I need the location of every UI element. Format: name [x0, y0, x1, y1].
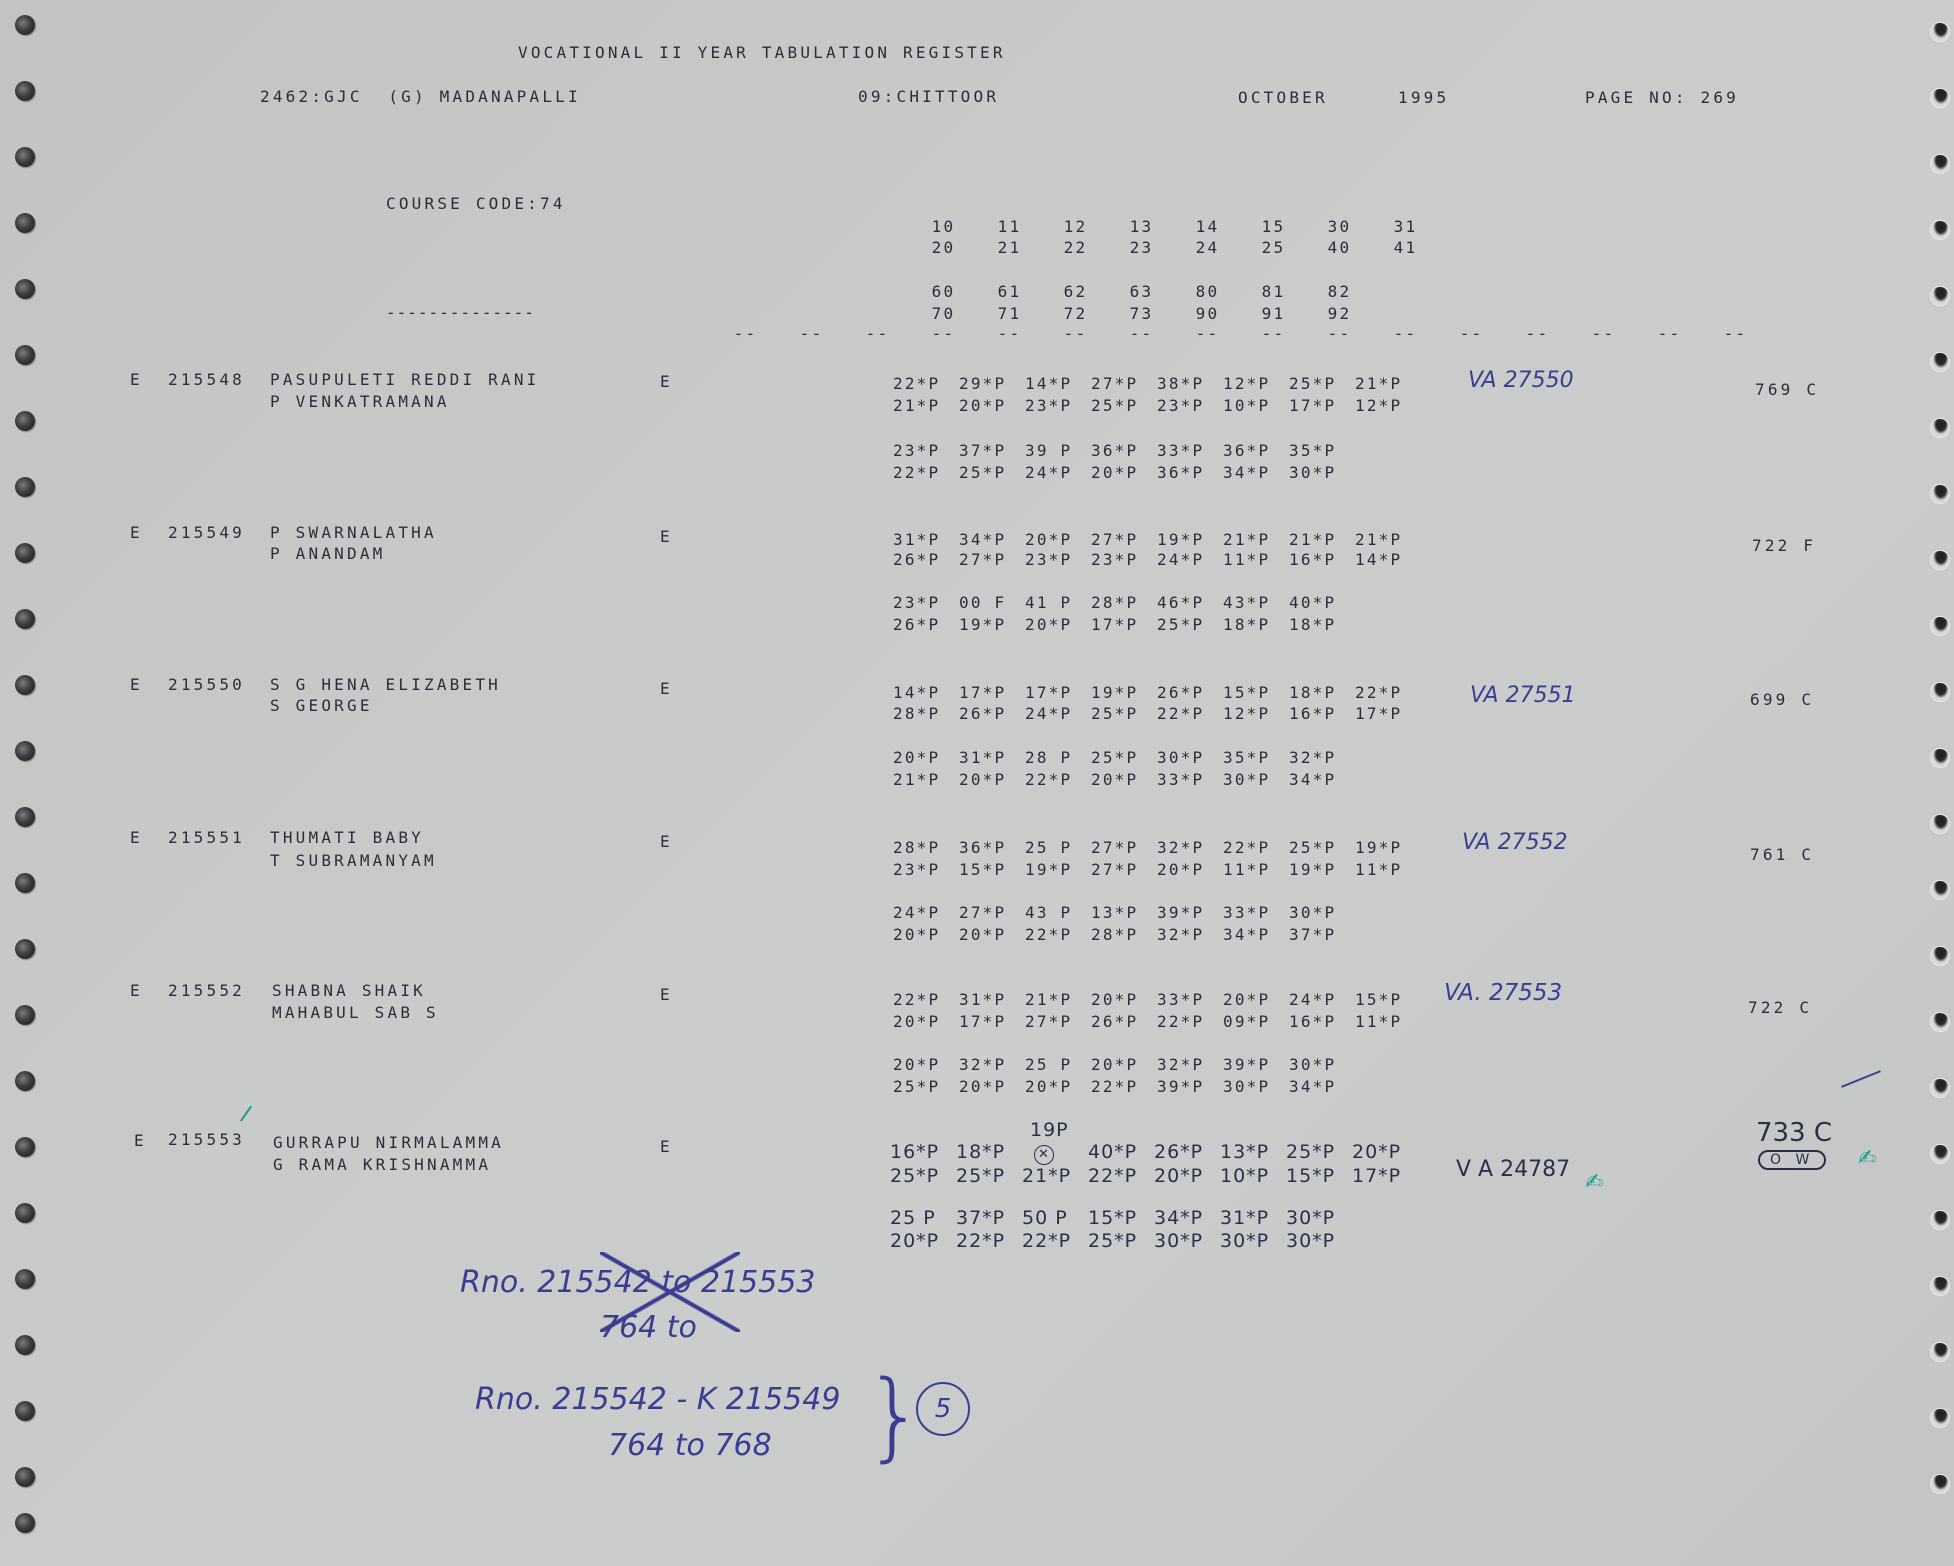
mark: 25*P — [890, 1165, 956, 1187]
medium: E — [660, 372, 673, 391]
mark: 20*P — [893, 748, 959, 767]
hole-icon — [1930, 154, 1950, 174]
record-flag: E — [134, 1131, 147, 1150]
mark: 26*P — [1157, 683, 1223, 702]
mark: 21*P — [1223, 530, 1289, 549]
mark: 19*P — [1355, 838, 1421, 857]
hole-icon — [15, 1335, 35, 1355]
mark: 16*P — [890, 1141, 956, 1163]
mark: 25*P — [1091, 748, 1157, 767]
mark: 25*P — [1289, 374, 1355, 393]
mark: 17*P — [1289, 396, 1355, 415]
hole-icon — [15, 345, 35, 365]
total-result: 722 C — [1748, 998, 1812, 1017]
mark: 28*P — [893, 838, 959, 857]
mark: 20*P — [1154, 1165, 1220, 1187]
hole-icon — [15, 741, 35, 761]
mark: 20*P — [959, 1077, 1025, 1096]
mark: 32*P — [959, 1055, 1025, 1074]
mark: 19*P — [1091, 683, 1157, 702]
handwritten-va-number: VA 27550 — [1468, 368, 1574, 393]
mark: 20*P — [893, 925, 959, 944]
hole-icon — [1930, 616, 1950, 636]
dash: -- — [1328, 324, 1394, 343]
mark: 19*P — [959, 615, 1025, 634]
mark: 31*P — [1220, 1207, 1286, 1229]
mark: 28*P — [893, 704, 959, 723]
mark: 37*P — [956, 1207, 1022, 1229]
mark: 28*P — [1091, 925, 1157, 944]
mark: 14*P — [1355, 550, 1421, 569]
mark: 25*P — [1289, 838, 1355, 857]
mark: 27*P — [1025, 1012, 1091, 1031]
mark: 22*P — [1157, 1012, 1223, 1031]
district-name: 09:CHITTOOR — [858, 87, 999, 106]
dash: -- — [1592, 324, 1658, 343]
circled-x-icon: ✕ — [1034, 1145, 1054, 1165]
mark: 33*P — [1157, 441, 1223, 460]
mark: 22*P — [1088, 1165, 1154, 1187]
mark: 21*P — [893, 770, 959, 789]
marks-row-1: 28*P36*P25 P27*P32*P22*P25*P19*P — [893, 838, 1421, 857]
total-result: 722 F — [1752, 536, 1816, 555]
mark: 25*P — [1286, 1141, 1352, 1163]
mark: 22*P — [1022, 1230, 1088, 1252]
mark: 25*P — [893, 1077, 959, 1096]
mark: 18*P — [956, 1141, 1022, 1163]
dash: -- — [998, 324, 1064, 343]
mark: 22*P — [1355, 683, 1421, 702]
hole-icon — [15, 1269, 35, 1289]
roll-number: 215551 — [168, 828, 245, 847]
mark: 17*P — [1352, 1165, 1418, 1187]
marks-row-4: 26*P19*P20*P17*P25*P18*P18*P — [893, 615, 1355, 634]
handwritten-marks-row-3: 25 P37*P50 P15*P34*P31*P30*P — [890, 1207, 1352, 1229]
hole-icon — [15, 1467, 35, 1487]
mark: 36*P — [1157, 463, 1223, 482]
handwritten-marks-row-2: 25*P25*P21*P22*P20*P10*P15*P17*P — [890, 1165, 1418, 1187]
hole-icon — [1930, 88, 1950, 108]
mark: 33*P — [1223, 903, 1289, 922]
hole-icon — [1930, 1078, 1950, 1098]
mark: 17*P — [1355, 704, 1421, 723]
roll-number: 215548 — [168, 370, 245, 389]
mark: 16*P — [1289, 1012, 1355, 1031]
hole-icon — [1930, 1144, 1950, 1164]
mark: 22*P — [956, 1230, 1022, 1252]
student-name: PASUPULETI REDDI RANI — [270, 370, 540, 389]
mark: 15*P — [1286, 1165, 1352, 1187]
parent-name: MAHABUL SAB S — [272, 1003, 439, 1022]
marks-row-3: 24*P27*P43 P13*P39*P33*P30*P — [893, 903, 1355, 922]
medium: E — [660, 527, 673, 546]
mark: 31*P — [959, 990, 1025, 1009]
dash: -- — [1130, 324, 1196, 343]
mark: 16*P — [1289, 704, 1355, 723]
hole-icon — [1930, 550, 1950, 570]
mark: 30*P — [1223, 770, 1289, 789]
hole-icon — [15, 15, 35, 35]
hole-icon — [15, 147, 35, 167]
hole-icon — [1930, 1276, 1950, 1296]
col-code: 25 — [1262, 238, 1328, 257]
col-code: 22 — [1064, 238, 1130, 257]
marks-row-2: 21*P20*P23*P25*P23*P10*P17*P12*P — [893, 396, 1421, 415]
dash: -- — [866, 324, 932, 343]
student-name: GURRAPU NIRMALAMMA — [273, 1133, 504, 1152]
col-code: 21 — [998, 238, 1064, 257]
mark: 20*P — [1352, 1141, 1418, 1163]
college-name: 2462:GJC (G) MADANAPALLI — [260, 87, 581, 106]
curly-brace-icon: } — [864, 1360, 925, 1472]
mark: 28*P — [1091, 593, 1157, 612]
total-result: 761 C — [1750, 845, 1814, 864]
mark: 39*P — [1157, 903, 1223, 922]
mark: 17*P — [1091, 615, 1157, 634]
hole-icon — [15, 1005, 35, 1025]
hole-icon — [1930, 748, 1950, 768]
mark: 23*P — [1157, 396, 1223, 415]
mark: 30*P — [1286, 1230, 1352, 1252]
record-flag: E — [130, 981, 143, 1000]
hole-icon — [15, 213, 35, 233]
name-column-separator: -------------- — [386, 303, 535, 322]
mark: 17*P — [1025, 683, 1091, 702]
mark: 30*P — [1286, 1207, 1352, 1229]
medium: E — [660, 679, 673, 698]
mark: 20*P — [893, 1055, 959, 1074]
course-code: COURSE CODE:74 — [386, 194, 566, 213]
mark: 20*P — [1091, 1055, 1157, 1074]
mark: 27*P — [1091, 838, 1157, 857]
mark: 24*P — [1157, 550, 1223, 569]
mark: 15*P — [1355, 990, 1421, 1009]
mark: 26*P — [893, 615, 959, 634]
mark: 22*P — [1157, 704, 1223, 723]
dash: -- — [1064, 324, 1130, 343]
total-result: 699 C — [1750, 690, 1814, 709]
mark: 30*P — [1289, 903, 1355, 922]
mark: 26*P — [1154, 1141, 1220, 1163]
record-flag: E — [130, 828, 143, 847]
mark: 12*P — [1223, 374, 1289, 393]
mark: 22*P — [1223, 838, 1289, 857]
mark: 11*P — [1355, 1012, 1421, 1031]
mark: 19*P — [1025, 860, 1091, 879]
mark: 43*P — [1223, 593, 1289, 612]
marks-row-2: 20*P17*P27*P26*P22*P09*P16*P11*P — [893, 1012, 1421, 1031]
dash: -- — [1460, 324, 1526, 343]
mark: 21*P — [893, 396, 959, 415]
dash: -- — [1526, 324, 1592, 343]
dash: -- — [1658, 324, 1724, 343]
parent-name: S GEORGE — [270, 696, 373, 715]
mark: 26*P — [893, 550, 959, 569]
hole-icon — [15, 411, 35, 431]
marks-row-3: 20*P31*P28 P25*P30*P35*P32*P — [893, 748, 1355, 767]
mark: 16*P — [1289, 550, 1355, 569]
hole-icon — [1930, 220, 1950, 240]
dash: -- — [800, 324, 866, 343]
mark: 12*P — [1355, 396, 1421, 415]
hole-icon — [1930, 418, 1950, 438]
mark: 32*P — [1157, 838, 1223, 857]
dash: -- — [1196, 324, 1262, 343]
mark: 25 P — [1025, 1055, 1091, 1074]
hole-icon — [15, 1401, 35, 1421]
mark: 14*P — [1025, 374, 1091, 393]
marks-row-1: 14*P17*P17*P19*P26*P15*P18*P22*P — [893, 683, 1421, 702]
strikethrough-cross-icon — [600, 1252, 740, 1332]
mark: 31*P — [959, 748, 1025, 767]
col-code: 41 — [1394, 238, 1460, 257]
mark: 25*P — [1091, 704, 1157, 723]
mark: 09*P — [1223, 1012, 1289, 1031]
mark: 23*P — [893, 860, 959, 879]
mark: 20*P — [959, 396, 1025, 415]
mark: 22*P — [1025, 770, 1091, 789]
marks-row-2: 28*P26*P24*P25*P22*P12*P16*P17*P — [893, 704, 1421, 723]
mark: 22*P — [1025, 925, 1091, 944]
mark: 34*P — [1154, 1207, 1220, 1229]
mark: 43 P — [1025, 903, 1091, 922]
remark-badge: O W — [1758, 1150, 1826, 1170]
dash: -- — [932, 324, 998, 343]
mark: 17*P — [959, 683, 1025, 702]
initials-signature-icon: ✍ — [1585, 1170, 1603, 1195]
mark: 25*P — [1088, 1230, 1154, 1252]
mark: 50 P — [1022, 1207, 1088, 1229]
mark: 22*P — [893, 990, 959, 1009]
mark: 39*P — [1223, 1055, 1289, 1074]
total-result: 769 C — [1755, 380, 1819, 399]
hole-icon — [15, 1071, 35, 1091]
handwritten-marks-row-1: 16*P18*P19P✕40*P26*P13*P25*P20*P — [890, 1141, 1418, 1165]
mark: 41 P — [1025, 593, 1091, 612]
marks-row-4: 21*P20*P22*P20*P33*P30*P34*P — [893, 770, 1355, 789]
hole-icon — [15, 807, 35, 827]
mark: 36*P — [959, 838, 1025, 857]
mark: 27*P — [1091, 374, 1157, 393]
mark: 40*P — [1088, 1141, 1154, 1163]
hole-icon — [15, 873, 35, 893]
hole-icon — [1930, 682, 1950, 702]
mark: 31*P — [893, 530, 959, 549]
mark: 35*P — [1289, 441, 1355, 460]
marks-row-3: 23*P37*P39 P36*P33*P36*P35*P — [893, 441, 1355, 460]
marks-row-3: 23*P00 F41 P28*P46*P43*P40*P — [893, 593, 1355, 612]
mark: 19*P — [1157, 530, 1223, 549]
hole-icon — [1930, 1408, 1950, 1428]
mark: 20*P — [1223, 990, 1289, 1009]
mark: 23*P — [893, 441, 959, 460]
ink-stroke — [1841, 1070, 1881, 1088]
mark: 24*P — [893, 903, 959, 922]
hole-icon — [1930, 22, 1950, 42]
mark: 30*P — [1220, 1230, 1286, 1252]
mark: 21*P — [1355, 530, 1421, 549]
mark: 23*P — [1025, 550, 1091, 569]
mark: 21*P — [1025, 990, 1091, 1009]
mark: 37*P — [959, 441, 1025, 460]
mark: 34*P — [1289, 1077, 1355, 1096]
mark: 30*P — [1289, 463, 1355, 482]
column-header-row-2: 2021222324254041 — [908, 219, 1460, 257]
mark: 32*P — [1289, 748, 1355, 767]
col-code: 23 — [1130, 238, 1196, 257]
mark: 15*P — [1223, 683, 1289, 702]
parent-name: T SUBRAMANYAM — [270, 851, 437, 870]
mark: 28 P — [1025, 748, 1091, 767]
hole-icon — [15, 1203, 35, 1223]
green-tick-icon — [240, 1106, 262, 1129]
dash: -- — [734, 324, 800, 343]
mark: 15*P — [1088, 1207, 1154, 1229]
mark: 15*P — [959, 860, 1025, 879]
mark: 23*P — [1091, 550, 1157, 569]
dash: -- — [1262, 324, 1328, 343]
medium: E — [660, 985, 673, 1004]
mark: 20*P — [959, 925, 1025, 944]
mark: 34*P — [959, 530, 1025, 549]
roll-number: 215549 — [168, 523, 245, 542]
hole-icon — [1930, 1210, 1950, 1230]
handwritten-va-number: VA 27552 — [1462, 830, 1568, 855]
marks-row-1: 31*P34*P20*P27*P19*P21*P21*P21*P — [893, 530, 1421, 549]
hole-icon — [15, 81, 35, 101]
roll-number: 215553 — [168, 1130, 245, 1149]
col-code: 24 — [1196, 238, 1262, 257]
mark: 18*P — [1289, 683, 1355, 702]
mark: 22*P — [893, 463, 959, 482]
mark: 25*P — [1091, 396, 1157, 415]
total-result: 733 C — [1756, 1118, 1832, 1148]
mark: 20*P — [1025, 615, 1091, 634]
mark: 26*P — [1091, 1012, 1157, 1031]
mark: 22*P — [1091, 1077, 1157, 1096]
mark: 25*P — [1157, 615, 1223, 634]
marks-row-1: 22*P31*P21*P20*P33*P20*P24*P15*P — [893, 990, 1421, 1009]
initials-signature-icon: ✍ — [1858, 1146, 1876, 1171]
hole-icon — [1930, 880, 1950, 900]
mark: 17*P — [959, 1012, 1025, 1031]
hole-icon — [15, 279, 35, 299]
dash-separator-row: -------------------------------- — [710, 305, 1790, 343]
mark: 29*P — [959, 374, 1025, 393]
mark: 30*P — [1289, 1055, 1355, 1074]
roll-number: 215552 — [168, 981, 245, 1000]
mark: 36*P — [1223, 441, 1289, 460]
medium: E — [660, 832, 673, 851]
record-flag: E — [130, 370, 143, 389]
mark: 36*P — [1091, 441, 1157, 460]
mark: 20*P — [1025, 1077, 1091, 1096]
marks-row-4: 22*P25*P24*P20*P36*P34*P30*P — [893, 463, 1355, 482]
mark: 25*P — [956, 1165, 1022, 1187]
hole-icon — [1930, 1474, 1950, 1494]
hole-icon — [1930, 352, 1950, 372]
marks-row-1: 22*P29*P14*P27*P38*P12*P25*P21*P — [893, 374, 1421, 393]
mark: 00 F — [959, 593, 1025, 612]
mark: 26*P — [959, 704, 1025, 723]
col-code: 40 — [1328, 238, 1394, 257]
dash: -- — [1724, 324, 1790, 343]
handwritten-va-number: VA 27551 — [1470, 683, 1576, 708]
hole-icon — [15, 1513, 35, 1533]
hole-icon — [15, 675, 35, 695]
mark: 21*P — [1289, 530, 1355, 549]
mark: 20*P — [1091, 463, 1157, 482]
mark: 20*P — [1091, 770, 1157, 789]
mark: 14*P — [893, 683, 959, 702]
mark: 34*P — [1289, 770, 1355, 789]
annotation-roll-range-corrected: Rno. 215542 - K 215549 — [475, 1382, 840, 1417]
mark: 20*P — [1025, 530, 1091, 549]
dash: -- — [1394, 324, 1460, 343]
mark: 21*P — [1022, 1165, 1088, 1187]
mark: 24*P — [1025, 704, 1091, 723]
mark: 35*P — [1223, 748, 1289, 767]
hole-icon — [1930, 814, 1950, 834]
roll-number: 215550 — [168, 675, 245, 694]
handwritten-marks-row-4: 20*P22*P22*P25*P30*P30*P30*P — [890, 1230, 1352, 1252]
record-flag: E — [130, 523, 143, 542]
mark: 23*P — [1025, 396, 1091, 415]
mark: 27*P — [959, 903, 1025, 922]
hole-icon — [1930, 1342, 1950, 1362]
mark: 38*P — [1157, 374, 1223, 393]
mark: 10*P — [1220, 1165, 1286, 1187]
marks-row-4: 25*P20*P20*P22*P39*P30*P34*P — [893, 1077, 1355, 1096]
mark: 20*P — [1157, 860, 1223, 879]
mark: 20*P — [959, 770, 1025, 789]
parent-name: G RAMA KRISHNAMMA — [273, 1155, 491, 1174]
mark: 34*P — [1223, 925, 1289, 944]
marks-row-2: 23*P15*P19*P27*P20*P11*P19*P11*P — [893, 860, 1421, 879]
hole-icon — [15, 543, 35, 563]
hole-icon — [1930, 484, 1950, 504]
mark: 20*P — [1091, 990, 1157, 1009]
handwritten-va-number: V A 24787 — [1456, 1157, 1570, 1182]
annotation-page-range: 764 to 768 — [608, 1428, 772, 1463]
mark: 33*P — [1157, 990, 1223, 1009]
parent-name: P ANANDAM — [270, 544, 386, 563]
col-code: 20 — [932, 238, 998, 257]
corrected-mark: 19P✕ — [1022, 1141, 1088, 1165]
mark: 37*P — [1289, 925, 1355, 944]
mark: 23*P — [893, 593, 959, 612]
mark: 20*P — [893, 1012, 959, 1031]
hole-icon — [1930, 946, 1950, 966]
hole-icon — [15, 1137, 35, 1157]
mark: 11*P — [1355, 860, 1421, 879]
mark: 13*P — [1220, 1141, 1286, 1163]
mark: 12*P — [1223, 704, 1289, 723]
mark: 21*P — [1355, 374, 1421, 393]
mark: 25*P — [959, 463, 1025, 482]
mark: 32*P — [1157, 925, 1223, 944]
mark: 11*P — [1223, 860, 1289, 879]
mark: 19*P — [1289, 860, 1355, 879]
student-name: THUMATI BABY — [270, 828, 424, 847]
student-name: SHABNA SHAIK — [272, 981, 426, 1000]
mark: 25 P — [1025, 838, 1091, 857]
mark: 19P — [1030, 1119, 1069, 1141]
hole-icon — [1930, 1012, 1950, 1032]
student-name: P SWARNALATHA — [270, 523, 437, 542]
handwritten-va-number: VA. 27553 — [1444, 980, 1562, 1006]
mark: 25 P — [890, 1207, 956, 1229]
